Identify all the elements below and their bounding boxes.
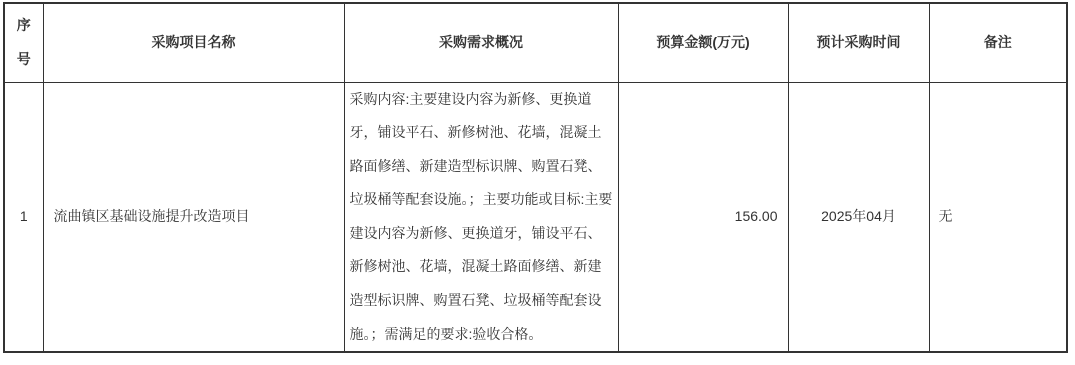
column-header-demand-overview: 采购需求概况 bbox=[344, 3, 618, 82]
procurement-table: 序号 采购项目名称 采购需求概况 预算金额(万元) 预计采购时间 备注 1 流曲… bbox=[3, 2, 1068, 353]
column-header-remarks: 备注 bbox=[929, 3, 1067, 82]
table-row: 1 流曲镇区基础设施提升改造项目 采购内容:主要建设内容为新修、更换道牙，铺设平… bbox=[4, 82, 1067, 352]
cell-budget-amount: 156.00 bbox=[618, 82, 788, 352]
cell-demand-overview: 采购内容:主要建设内容为新修、更换道牙，铺设平石、新修树池、花墙，混凝土路面修缮… bbox=[344, 82, 618, 352]
cell-index: 1 bbox=[4, 82, 43, 352]
cell-project-name: 流曲镇区基础设施提升改造项目 bbox=[43, 82, 344, 352]
column-header-index: 序号 bbox=[4, 3, 43, 82]
column-header-project-name: 采购项目名称 bbox=[43, 3, 344, 82]
table-header-row: 序号 采购项目名称 采购需求概况 预算金额(万元) 预计采购时间 备注 bbox=[4, 3, 1067, 82]
column-header-budget-amount: 预算金额(万元) bbox=[618, 3, 788, 82]
column-header-expected-time: 预计采购时间 bbox=[788, 3, 929, 82]
cell-remarks: 无 bbox=[929, 82, 1067, 352]
cell-expected-time: 2025年04月 bbox=[788, 82, 929, 352]
